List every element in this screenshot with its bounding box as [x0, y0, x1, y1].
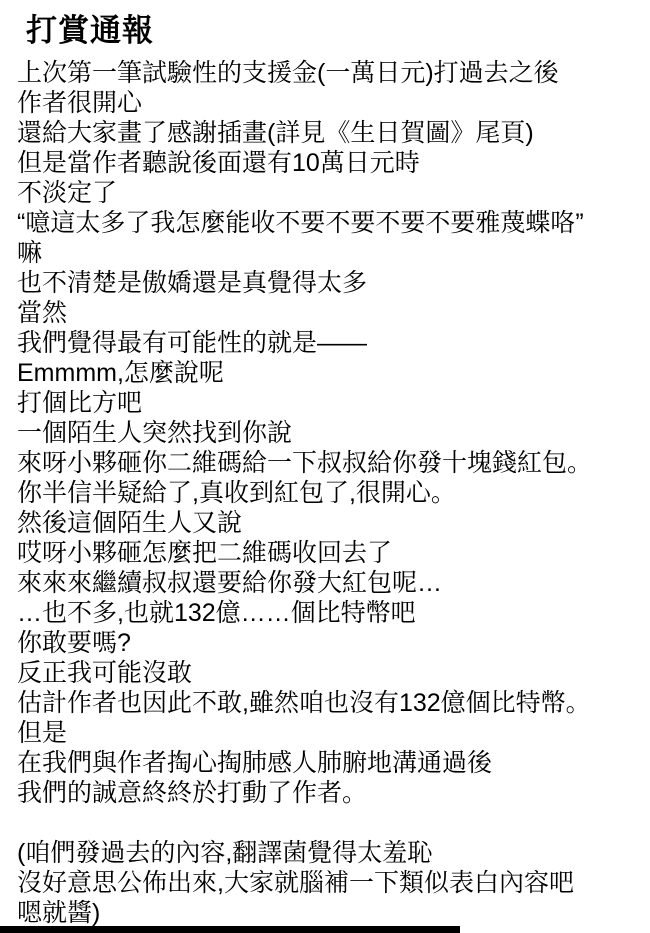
page-title: 打賞通報 — [26, 12, 154, 50]
text-line: 作者很開心 — [17, 88, 646, 118]
text-line: 我們的誠意終終於打動了作者。 — [17, 778, 646, 808]
notice-page: 打賞通報 上次第一筆試驗性的支援金(一萬日元)打過去之後作者很開心還給大家畫了感… — [0, 0, 650, 933]
text-line: 當然 — [17, 298, 646, 328]
text-line: 你敢要嗎? — [17, 628, 646, 658]
text-line: 在我們與作者掏心掏肺感人肺腑地溝通過後 — [17, 748, 646, 778]
text-line: 但是 — [17, 718, 646, 748]
text-line: 來呀小夥砸你二維碼給一下叔叔給你發十塊錢紅包。 — [17, 448, 646, 478]
text-line: 哎呀小夥砸怎麼把二維碼收回去了 — [17, 538, 646, 568]
text-line: 沒好意思公佈出來,大家就腦補一下類似表白內容吧 — [17, 868, 646, 898]
text-line: 還給大家畫了感謝插畫(詳見《生日賀圖》尾頁) — [17, 118, 646, 148]
text-line: Emmmm,怎麼說呢 — [17, 358, 646, 388]
text-line: 嘛 — [17, 238, 646, 268]
text-line: 一個陌生人突然找到你說 — [17, 418, 646, 448]
text-line: 但是當作者聽說後面還有10萬日元時 — [17, 148, 646, 178]
text-line: 也不清楚是傲嬌還是真覺得太多 — [17, 268, 646, 298]
text-line: 上次第一筆試驗性的支援金(一萬日元)打過去之後 — [17, 58, 646, 88]
text-line: 然後這個陌生人又說 — [17, 508, 646, 538]
text-line: 嗯就醬) — [17, 898, 646, 928]
text-line: 你半信半疑給了,真收到紅包了,很開心。 — [17, 478, 646, 508]
scan-artifact-bar — [0, 926, 460, 933]
text-line: 不淡定了 — [17, 178, 646, 208]
text-line: 打個比方吧 — [17, 388, 646, 418]
text-line: 反正我可能沒敢 — [17, 658, 646, 688]
body-text: 上次第一筆試驗性的支援金(一萬日元)打過去之後作者很開心還給大家畫了感謝插畫(詳… — [17, 58, 646, 928]
text-line: (咱們發過去的內容,翻譯菌覺得太羞恥 — [17, 838, 646, 868]
text-line: “噫這太多了我怎麼能收不要不要不要不要雅蔑蝶咯” — [17, 208, 646, 238]
text-line: 我們覺得最有可能性的就是—— — [17, 328, 646, 358]
text-line — [17, 808, 646, 838]
text-line: …也不多,也就132億……個比特幣吧 — [17, 598, 646, 628]
text-line: 估計作者也因此不敢,雖然咱也沒有132億個比特幣。 — [17, 688, 646, 718]
text-line: 來來來繼續叔叔還要給你發大紅包呢… — [17, 568, 646, 598]
